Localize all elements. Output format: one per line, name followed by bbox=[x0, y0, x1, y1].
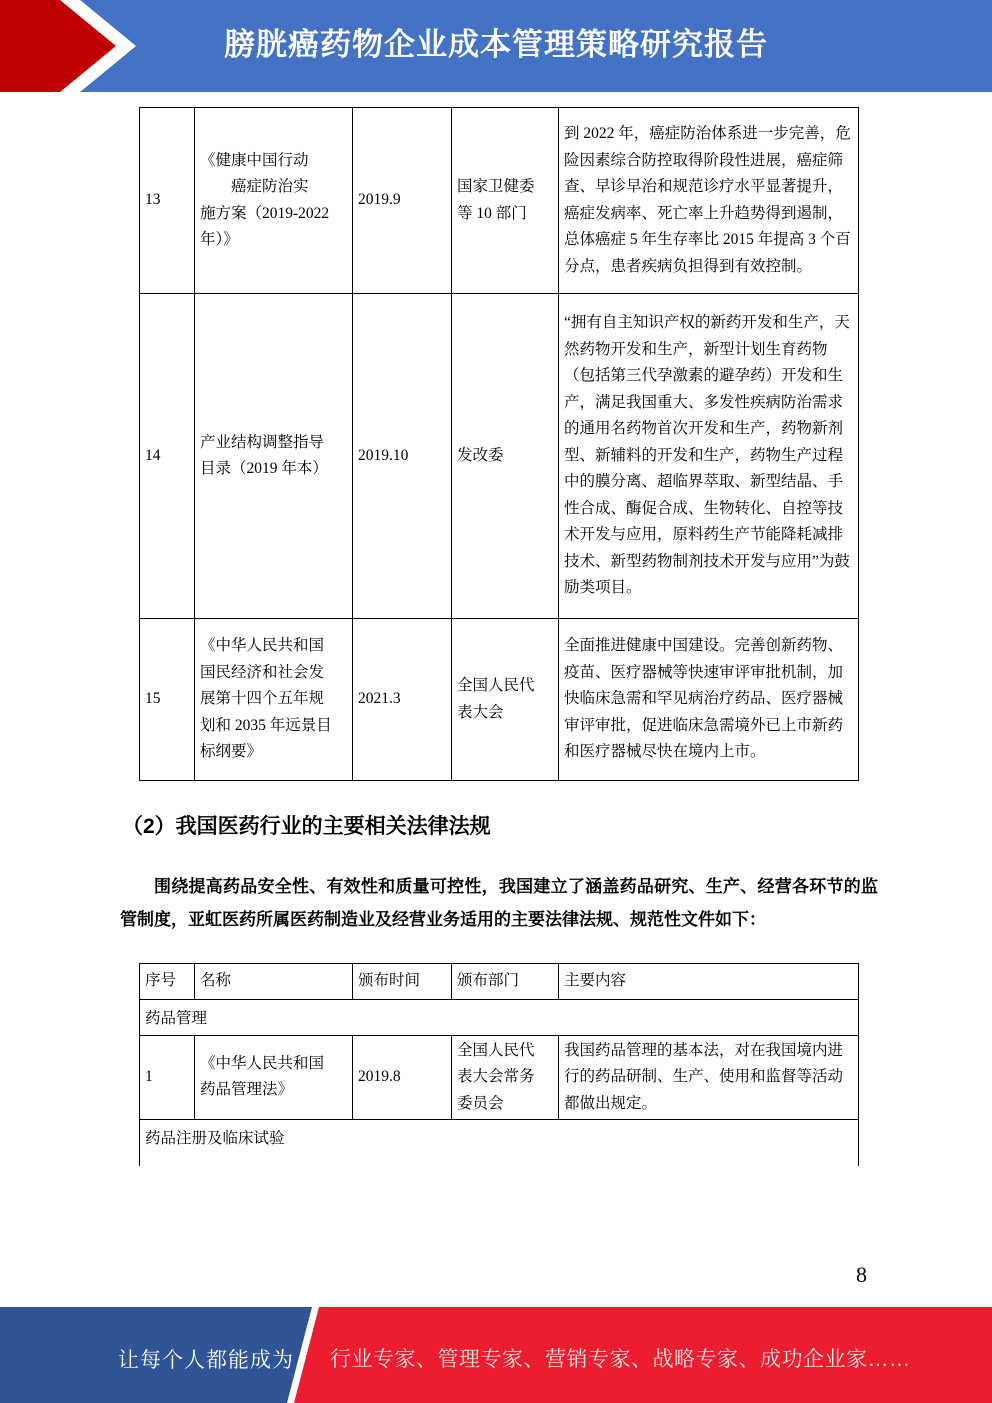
cell-date: 2019.8 bbox=[353, 1035, 452, 1120]
cell-dept: 全国人民代 表大会 bbox=[452, 619, 559, 781]
cell-date: 2021.3 bbox=[353, 619, 452, 781]
cell-dept: 国家卫健委 等 10 部门 bbox=[452, 108, 559, 294]
header-cell-date: 颁布时间 bbox=[353, 964, 452, 1000]
cell-content: 全面推进健康中国建设。完善创新药物、疫苗、医疗器械等快速审评审批机制，加快临床急… bbox=[559, 619, 859, 781]
footer-banner: 让每个人都能成为 行业专家、管理专家、营销专家、战略专家、成功企业家…… bbox=[0, 1307, 992, 1403]
cell-dept: 发改委 bbox=[452, 294, 559, 619]
cell-name: 《中华人民共和国 国民经济和社会发 展第十四个五年规 划和 2035 年远景目 … bbox=[195, 619, 353, 781]
category-row: 药品管理 bbox=[140, 1000, 859, 1036]
policy-table: 13 《健康中国行动 癌症防治实 施方案（2019-2022 年）》 2019.… bbox=[139, 107, 859, 781]
report-title: 膀胱癌药物企业成本管理策略研究报告 bbox=[0, 26, 992, 64]
cell-name: 《健康中国行动 癌症防治实 施方案（2019-2022 年）》 bbox=[195, 108, 353, 294]
document-page: 膀胱癌药物企业成本管理策略研究报告 13 《健康中国行动 癌症防治实 施方案（2… bbox=[0, 0, 992, 1403]
cell-content: 到 2022 年，癌症防治体系进一步完善，危险因素综合防控取得阶段性进展，癌症筛… bbox=[559, 108, 859, 294]
intro-paragraph: 围绕提高药品安全性、有效性和质量可控性，我国建立了涵盖药品研究、生产、经营各环节… bbox=[120, 870, 878, 936]
section-heading: （2）我国医药行业的主要相关法律法规 bbox=[122, 810, 491, 840]
cell-name: 《中华人民共和国 药品管理法》 bbox=[195, 1035, 353, 1120]
header-cell-name: 名称 bbox=[195, 964, 353, 1000]
table-row: 15 《中华人民共和国 国民经济和社会发 展第十四个五年规 划和 2035 年远… bbox=[140, 619, 859, 781]
footer-slogan-right: 行业专家、管理专家、营销专家、战略专家、成功企业家…… bbox=[330, 1343, 911, 1373]
table-row: 13 《健康中国行动 癌症防治实 施方案（2019-2022 年）》 2019.… bbox=[140, 108, 859, 294]
table-header-row: 序号 名称 颁布时间 颁布部门 主要内容 bbox=[140, 964, 859, 1000]
cell-date: 2019.9 bbox=[353, 108, 452, 294]
cell-no: 1 bbox=[140, 1035, 195, 1120]
table-row: 1 《中华人民共和国 药品管理法》 2019.8 全国人民代 表大会常务 委员会… bbox=[140, 1035, 859, 1120]
table-row: 14 产业结构调整指导 目录（2019 年本） 2019.10 发改委 “拥有自… bbox=[140, 294, 859, 619]
header-cell-dept: 颁布部门 bbox=[452, 964, 559, 1000]
header-cell-no: 序号 bbox=[140, 964, 195, 1000]
law-table: 序号 名称 颁布时间 颁布部门 主要内容 药品管理 1 《中华人民共和国 药品管… bbox=[139, 963, 859, 1166]
category-label: 药品管理 bbox=[140, 1000, 859, 1036]
cell-content: 我国药品管理的基本法，对在我国境内进行的药品研制、生产、使用和监督等活动都做出规… bbox=[559, 1035, 859, 1120]
cell-no: 14 bbox=[140, 294, 195, 619]
cell-dept: 全国人民代 表大会常务 委员会 bbox=[452, 1035, 559, 1120]
header-cell-content: 主要内容 bbox=[559, 964, 859, 1000]
category-row: 药品注册及临床试验 bbox=[140, 1120, 859, 1166]
page-number: 8 bbox=[856, 1262, 867, 1288]
header-banner: 膀胱癌药物企业成本管理策略研究报告 bbox=[0, 0, 992, 92]
cell-no: 13 bbox=[140, 108, 195, 294]
footer-slogan-left: 让每个人都能成为 bbox=[118, 1344, 294, 1374]
cell-name: 产业结构调整指导 目录（2019 年本） bbox=[195, 294, 353, 619]
cell-no: 15 bbox=[140, 619, 195, 781]
category-label: 药品注册及临床试验 bbox=[140, 1120, 859, 1166]
cell-date: 2019.10 bbox=[353, 294, 452, 619]
cell-content: “拥有自主知识产权的新药开发和生产，天然药物开发和生产，新型计划生育药物（包括第… bbox=[559, 294, 859, 619]
